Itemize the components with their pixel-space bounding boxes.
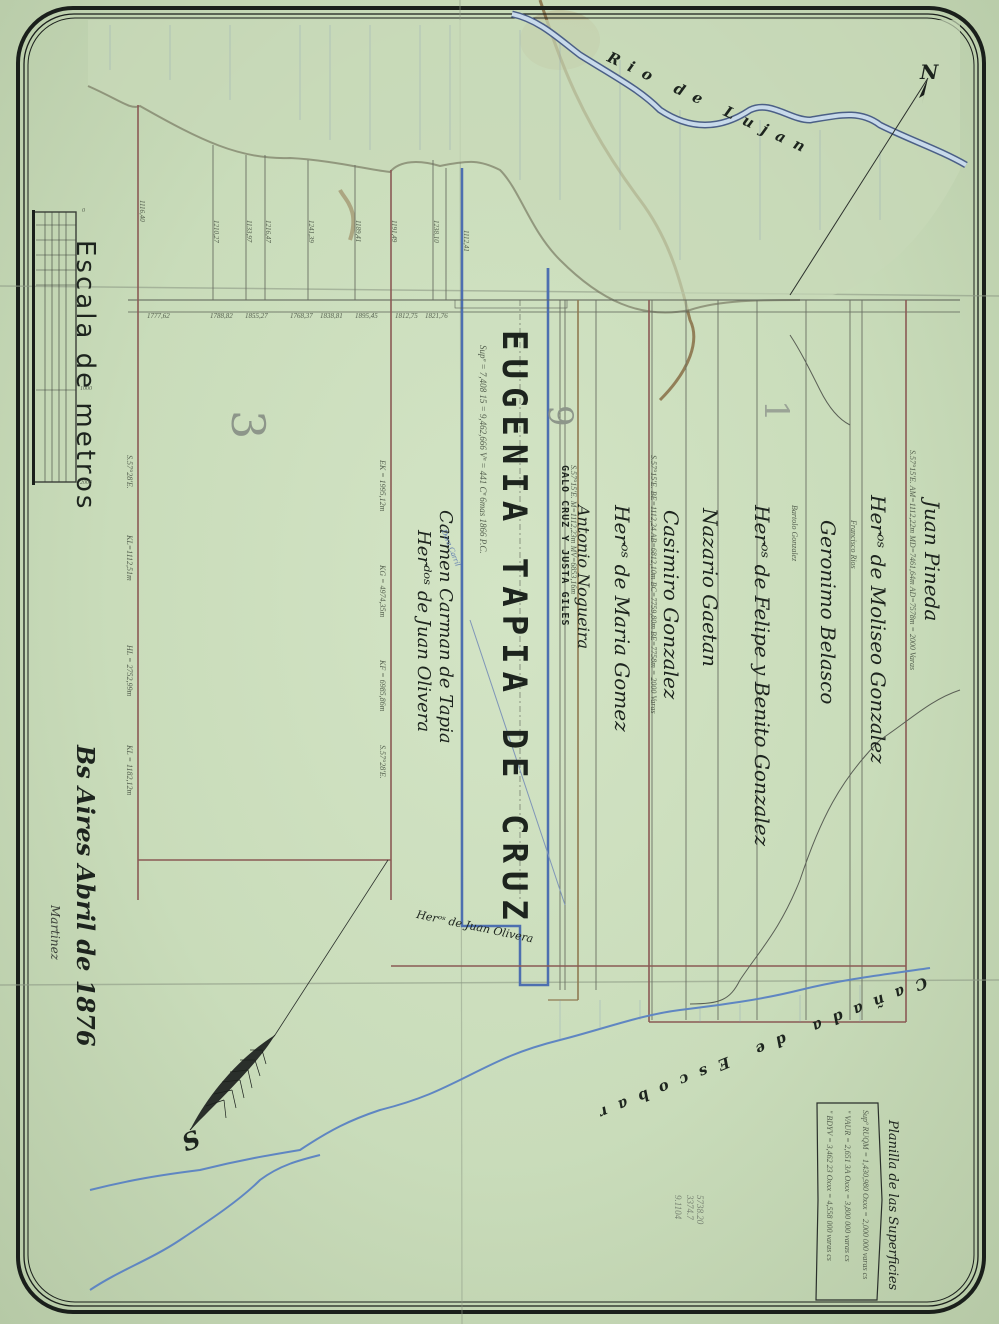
measure-bottom-hl: HL = 2752,99m	[125, 645, 134, 696]
perp-label: 1189,41	[354, 220, 362, 242]
measure-kg: KG = 4974,35m	[378, 565, 387, 617]
survey-map: Rio de Lujan N Escala de metros Juan Pin…	[0, 0, 999, 1324]
baseline-label: 1788,82	[210, 312, 233, 320]
surfaces-table-title: Planilla de las Superficies	[885, 1120, 900, 1290]
measure-bearing: S.57°28'E.	[378, 745, 387, 779]
baseline-label: 1812,75	[395, 312, 418, 320]
owner-olivera-heirs: Herᵈᵒˢ de Juan Olivera	[413, 530, 434, 732]
scale-tick-1000: 1000	[80, 386, 92, 392]
perp-label: 1191,49	[390, 220, 398, 242]
south-arrow-icon	[190, 1035, 275, 1130]
owner-note-nogueira: S.57°15'E. M=1112,23m MV=6853,16m	[569, 465, 578, 594]
perp-label: 1216,47	[264, 220, 272, 243]
baseline-label: 1768,37	[290, 312, 313, 320]
parcel-number-1: 1	[756, 400, 796, 422]
owner-casimiro-gonzalez: Casimiro Gonzalez	[659, 510, 683, 699]
measure-bottom-kl: KL=1112,51m	[125, 535, 134, 581]
owner-galo-cruz-justa-giles: GALO CRUZ Y JUSTA GILES	[559, 465, 570, 626]
baseline-label: 1855,27	[245, 312, 268, 320]
parcel-number-3: 3	[221, 410, 275, 439]
parcel-number-9: 9	[540, 405, 580, 427]
owner-note-bartolo-gonzalez: Bartolo Gonzalez	[790, 505, 799, 561]
signature: Martinez	[48, 905, 62, 960]
owner-juan-pineda: Juan Pineda	[920, 500, 944, 621]
baseline-label: 1895,45	[355, 312, 378, 320]
perp-label: 1112,41	[462, 230, 470, 252]
main-title-eugenia-tapia-de-cruz: EUGENIA TAPIA DE CRUZ	[494, 330, 534, 928]
perp-label: 1241,39	[307, 220, 315, 243]
scale-tick-2000: 2000	[80, 480, 92, 486]
scale-tick-0: 0	[82, 208, 85, 214]
surfaces-row-1: Supº RUQM = 1,430,980 Oxxx = 2,000 000 v…	[861, 1110, 870, 1279]
pencil-calc-3: 9.1104	[673, 1195, 683, 1219]
owner-moliseo-gonzalez: Herᵒˢ de Moliseo Gonzalez	[866, 495, 890, 764]
owner-geronimo-belasco: Geronimo Belasco	[816, 520, 840, 704]
owner-note-casimiro: S.57°15'E. BE=1112,24 AB=6812,10m BC=775…	[649, 455, 658, 714]
owner-note-juan-pineda: S.57°15'E. AM=1112,22m MD=7461,64m AD=75…	[908, 450, 917, 670]
north-label: N	[920, 60, 938, 84]
surfaces-row-2: " VAUR = 2,651 3A Oxxx = 3,800 000 varas…	[843, 1110, 852, 1262]
measure-bottom-bearing: S.57°28'E.	[125, 455, 134, 489]
owner-nazario-gaetan: Nazario Gaetan	[698, 508, 722, 667]
baseline-label: 1838,81	[320, 312, 343, 320]
measure-kf: KF = 6985,86m	[378, 660, 387, 711]
perp-label: 1210,27	[212, 220, 220, 243]
measure-bottom-kl2: KL = 1182,12m	[125, 745, 134, 795]
perp-label: 1238,10	[432, 220, 440, 243]
baseline-label: 1777,62	[147, 312, 170, 320]
pencil-calc-2: 3374.7	[685, 1195, 695, 1220]
perp-label: 1133,97	[245, 220, 253, 242]
perp-label: 1116,40	[138, 200, 146, 222]
main-title-subtext: Supº = 7,408 15 = 9,462,666 Vª = 441 Cª …	[478, 345, 488, 554]
scale-label: Escala de metros	[70, 240, 100, 511]
date-line: Bs Aires Abril de 1876	[71, 745, 100, 1047]
surfaces-row-3: " BDYV = 3,462 23 Oxxx = 4,558 000 varas…	[825, 1110, 834, 1261]
owner-felipe-benito-gonzalez: Herᵒˢ de Felipe y Benito Gonzalez	[750, 505, 774, 846]
baseline-label: 1821,76	[425, 312, 448, 320]
owner-maria-gomez: Herᵒˢ de Maria Gomez	[610, 505, 634, 732]
pencil-calc-1: 5738.20	[695, 1195, 705, 1224]
owner-note-francisco-rios: Francisco Rios	[849, 520, 858, 569]
measure-ek: EK = 1995,12m	[378, 460, 387, 511]
